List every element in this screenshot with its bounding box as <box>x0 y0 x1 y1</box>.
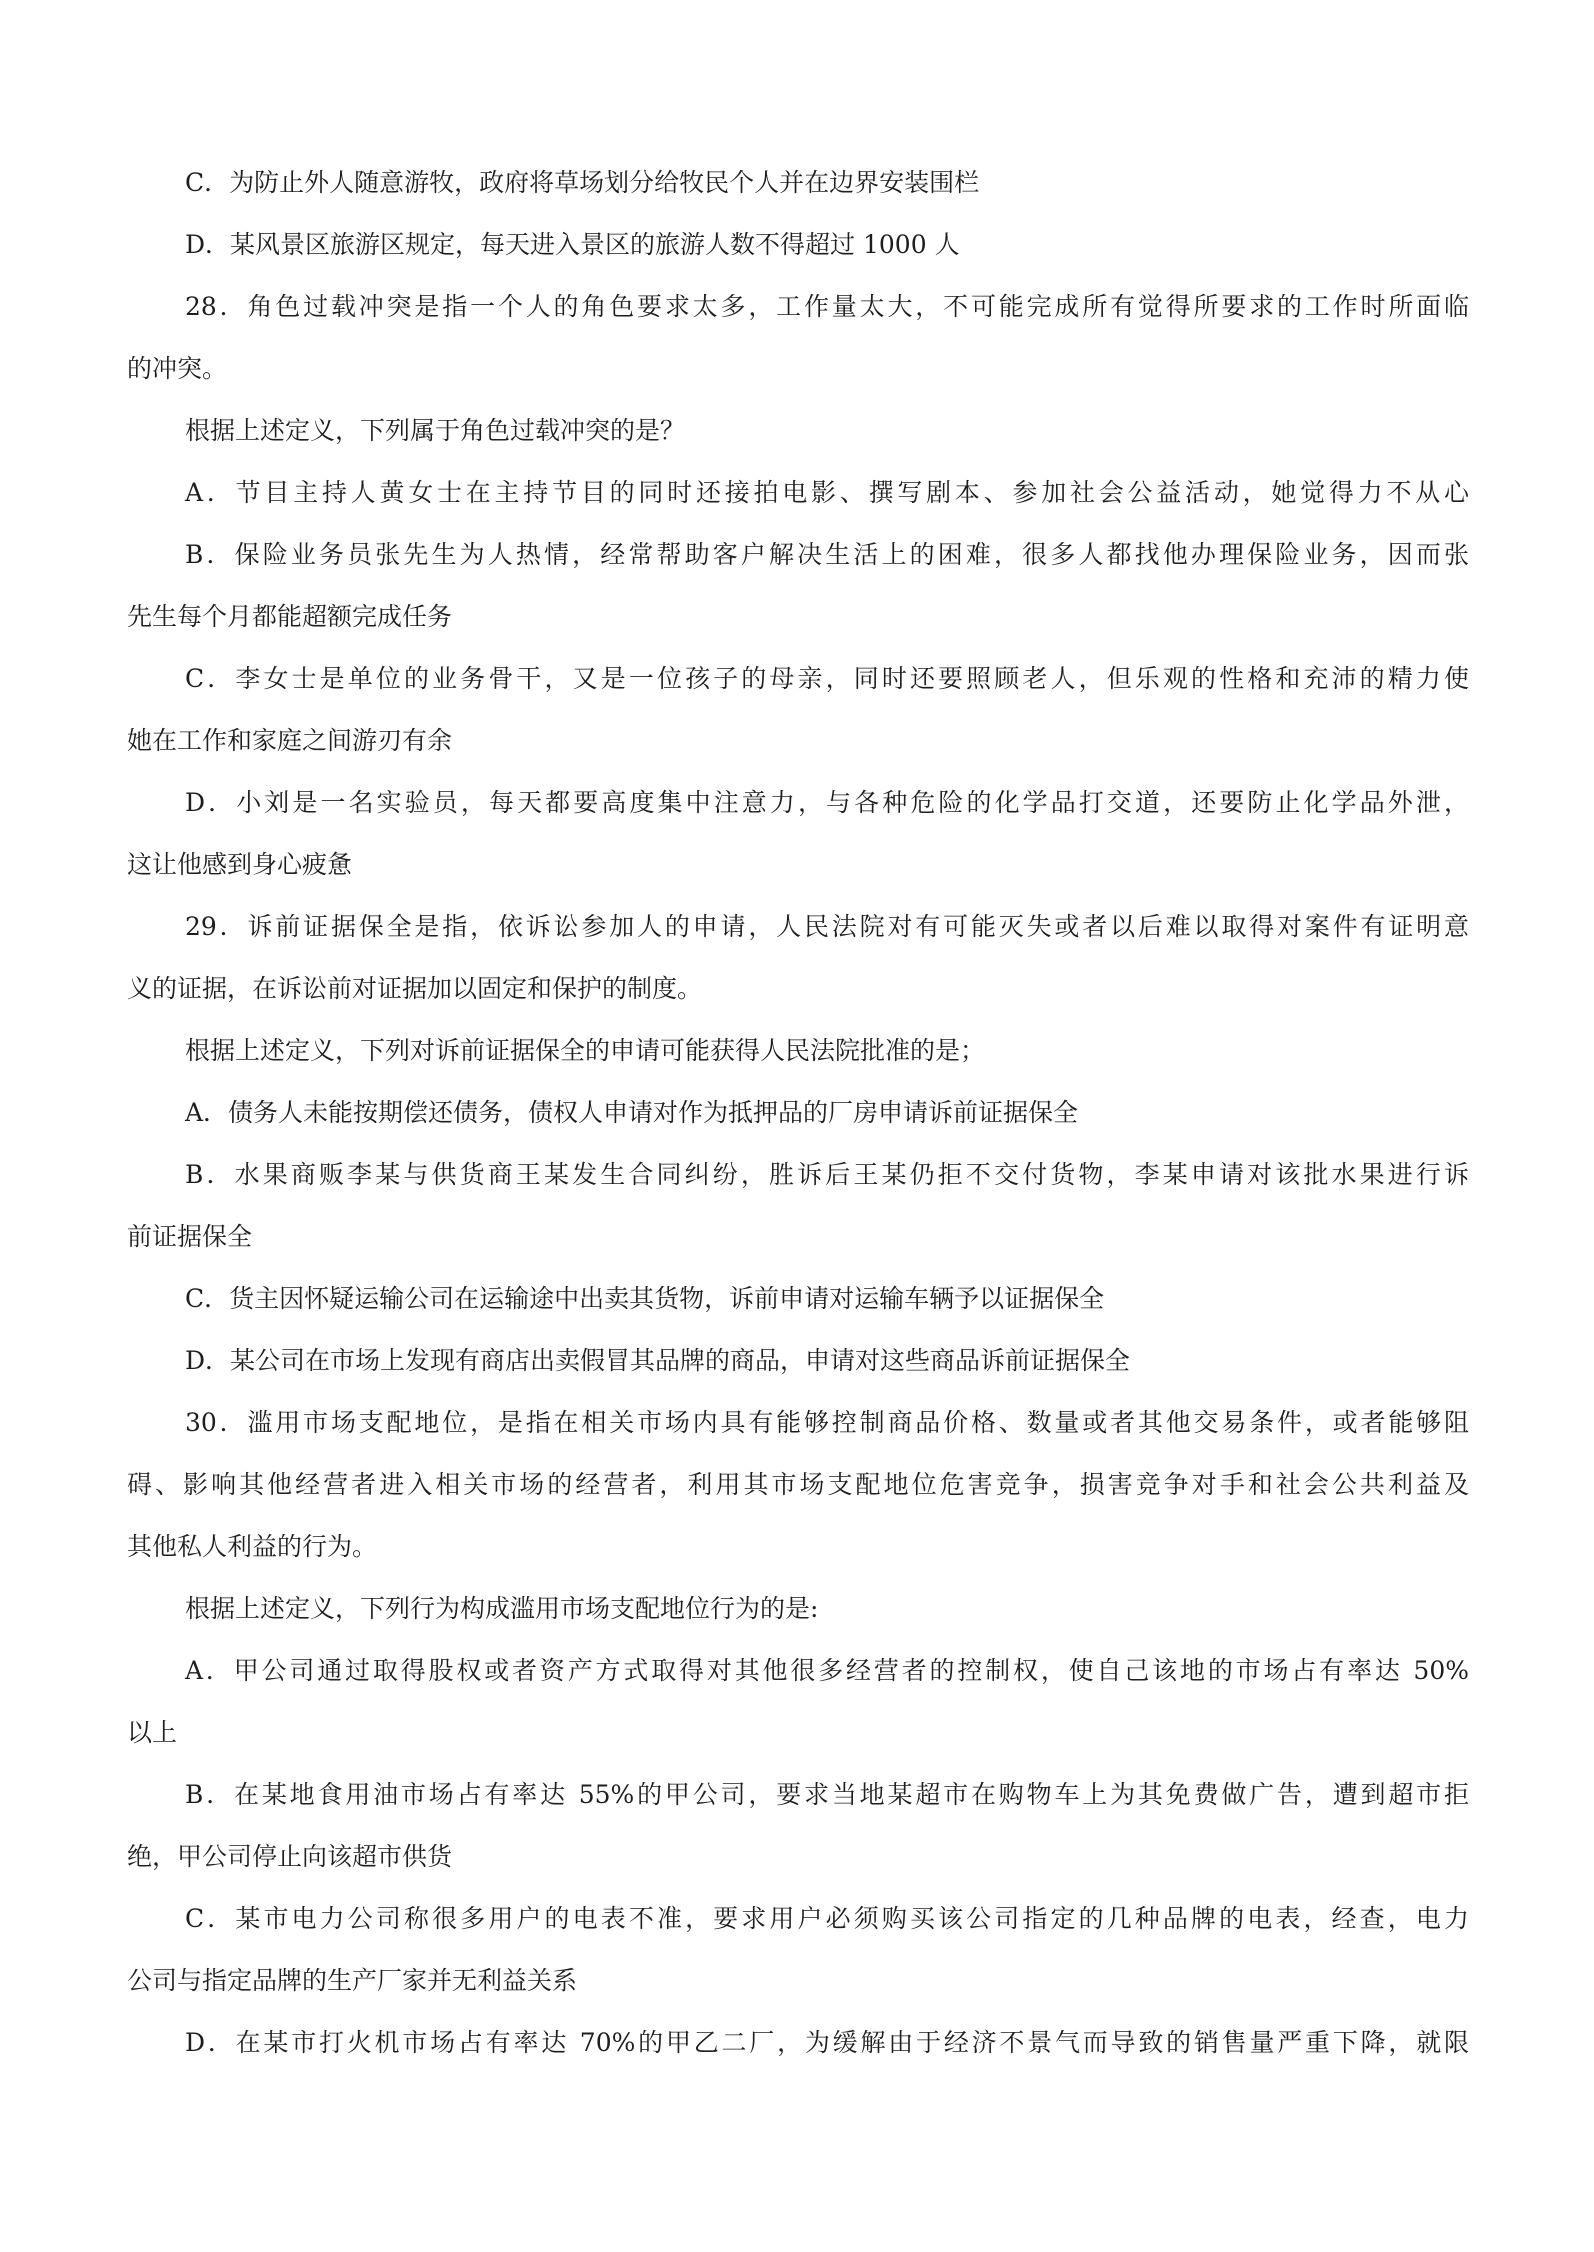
q27-option-c: C．为防止外人随意游牧，政府将草场划分给牧民个人并在边界安装围栏 <box>127 158 1469 220</box>
q28-option-a: A．节目主持人黄女士在主持节目的同时还接拍电影、撰写剧本、参加社会公益活动，她觉… <box>127 468 1469 530</box>
q28-option-b: B．保险业务员张先生为人热情，经常帮助客户解决生活上的困难，很多人都找他办理保险… <box>127 530 1469 592</box>
q30-option-d: D．在某市打火机市场占有率达 70%的甲乙二厂，为缓解由于经济不景气而导致的销售… <box>127 2018 1469 2080</box>
q30-option-a: A．甲公司通过取得股权或者资产方式取得对其他很多经营者的控制权，使自己该地的市场… <box>127 1646 1469 1708</box>
document-page: C．为防止外人随意游牧，政府将草场划分给牧民个人并在边界安装围栏 D．某风景区旅… <box>127 158 1469 2080</box>
q30-option-c-cont: 公司与指定品牌的生产厂家并无利益关系 <box>127 1956 1469 2018</box>
q29-option-c: C．货主因怀疑运输公司在运输途中出卖其货物，诉前申请对运输车辆予以证据保全 <box>127 1274 1469 1336</box>
q28-option-c: C．李女士是单位的业务骨干，又是一位孩子的母亲，同时还要照顾老人，但乐观的性格和… <box>127 654 1469 716</box>
q30-stem-cont-2: 其他私人利益的行为。 <box>127 1522 1469 1584</box>
q29-stem-cont: 义的证据，在诉讼前对证据加以固定和保护的制度。 <box>127 964 1469 1026</box>
line-text: C．为防止外人随意游牧，政府将草场划分给牧民个人并在边界安装围栏 <box>185 158 979 208</box>
q28-option-d-cont: 这让他感到身心疲惫 <box>127 840 1469 902</box>
q30-option-c: C．某市电力公司称很多用户的电表不准，要求用户必须购买该公司指定的几种品牌的电表… <box>127 1894 1469 1956</box>
q30-stem: 30．滥用市场支配地位，是指在相关市场内具有能够控制商品价格、数量或者其他交易条… <box>127 1398 1469 1460</box>
q29-option-b-cont: 前证据保全 <box>127 1212 1469 1274</box>
q29-prompt: 根据上述定义，下列对诉前证据保全的申请可能获得人民法院批准的是； <box>127 1026 1469 1088</box>
q29-option-a: A．债务人未能按期偿还债务，债权人申请对作为抵押品的厂房申请诉前证据保全 <box>127 1088 1469 1150</box>
q28-option-b-cont: 先生每个月都能超额完成任务 <box>127 592 1469 654</box>
line-text: D．某风景区旅游区规定，每天进入景区的旅游人数不得超过 1000 人 <box>185 220 960 270</box>
q30-prompt: 根据上述定义，下列行为构成滥用市场支配地位行为的是: <box>127 1584 1469 1646</box>
q30-option-b: B．在某地食用油市场占有率达 55%的甲公司，要求当地某超市在购物车上为其免费做… <box>127 1770 1469 1832</box>
q28-prompt: 根据上述定义，下列属于角色过载冲突的是？ <box>127 406 1469 468</box>
q30-stem-cont-1: 碍、影响其他经营者进入相关市场的经营者，利用其市场支配地位危害竞争，损害竞争对手… <box>127 1460 1469 1522</box>
q28-stem-cont: 的冲突。 <box>127 344 1469 406</box>
q29-option-b: B．水果商贩李某与供货商王某发生合同纠纷，胜诉后王某仍拒不交付货物，李某申请对该… <box>127 1150 1469 1212</box>
q28-stem: 28．角色过载冲突是指一个人的角色要求太多，工作量太大，不可能完成所有觉得所要求… <box>127 282 1469 344</box>
q27-option-d: D．某风景区旅游区规定，每天进入景区的旅游人数不得超过 1000 人 <box>127 220 1469 282</box>
q30-option-a-cont: 以上 <box>127 1708 1469 1770</box>
q28-option-c-cont: 她在工作和家庭之间游刃有余 <box>127 716 1469 778</box>
q29-stem: 29．诉前证据保全是指，依诉讼参加人的申请，人民法院对有可能灭失或者以后难以取得… <box>127 902 1469 964</box>
q28-option-d: D．小刘是一名实验员，每天都要高度集中注意力，与各种危险的化学品打交道，还要防止… <box>127 778 1469 840</box>
q30-option-b-cont: 绝，甲公司停止向该超市供货 <box>127 1832 1469 1894</box>
q29-option-d: D．某公司在市场上发现有商店出卖假冒其品牌的商品，申请对这些商品诉前证据保全 <box>127 1336 1469 1398</box>
